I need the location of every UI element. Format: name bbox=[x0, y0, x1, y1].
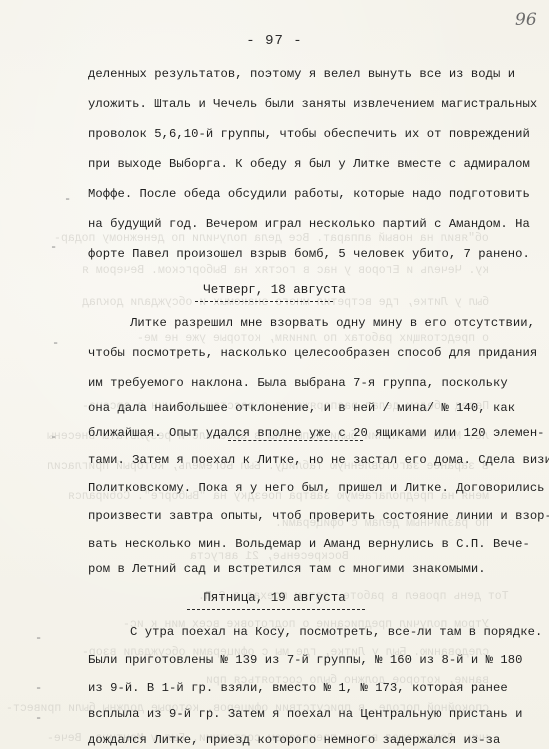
text-line: форте Павел произошел взрыв бомб, 5 чело… bbox=[88, 247, 530, 261]
text-line: на будущий год. Вечером играл несколько … bbox=[88, 217, 530, 231]
text-line: Политковскому. Пока я у него был, пришел… bbox=[88, 481, 545, 495]
text-line: из 9-й. В 1-й гр. взяли, вместо № 1, № 1… bbox=[88, 681, 508, 695]
text-line: Литке разрешил мне взорвать одну мину в … bbox=[130, 316, 535, 330]
margin-dash: - bbox=[64, 192, 71, 206]
margin-dash: - bbox=[35, 681, 42, 695]
heading-underline bbox=[187, 609, 365, 610]
bleed-through-line: был у Литке, где встретил много знакомых… bbox=[82, 296, 489, 309]
text-line: им требуемого наклона. Была выбрана 7-я … bbox=[88, 376, 508, 390]
text-line: чтобы посмотреть, насколько целесообразе… bbox=[88, 346, 537, 360]
text-line: Моффе. После обеда обсудили работы, кото… bbox=[88, 187, 530, 201]
text-line: С утра поехал на Косу, посмотреть, все-л… bbox=[130, 625, 542, 639]
text-line: всплыла из 9-й гр. Затем я поехал на Цен… bbox=[88, 707, 522, 721]
text-line: ближайшая. Опыт удался вполне уже с 20 я… bbox=[88, 426, 545, 440]
text-line: деленных результатов, поэтому я велел вы… bbox=[88, 67, 515, 81]
bleed-through-line: об"явил на новый аппарат. Все дела получ… bbox=[54, 232, 489, 245]
text-line: она дала наибольшее отклонение, и в ней … bbox=[88, 401, 515, 415]
margin-dash: - bbox=[35, 711, 42, 725]
text-underline bbox=[228, 440, 363, 441]
text-line: дождался Литке, приезд которого немного … bbox=[88, 733, 500, 747]
text-line: Были приготовлены № 139 из 7-й группы, №… bbox=[88, 653, 522, 667]
text-line: проволок 5,6,10-й группы, чтобы обеспечи… bbox=[88, 127, 530, 141]
document-page: об"явил на новый аппарат. Все дела получ… bbox=[0, 0, 549, 749]
archive-folio-number: 96 bbox=[515, 10, 537, 30]
date-heading-thursday: Четверг, 18 августа bbox=[0, 283, 549, 297]
text-line: при выходе Выборга. К обеду я был у Литк… bbox=[88, 157, 530, 171]
text-line: произвести завтра опыты, чтоб проверить … bbox=[88, 509, 549, 523]
date-heading-friday: Пятница, 19 августа bbox=[0, 591, 549, 605]
text-line: ром в Летний сад и встретился там с мног… bbox=[88, 562, 486, 576]
heading-underline bbox=[195, 301, 333, 302]
margin-dash: - bbox=[50, 240, 57, 254]
page-number: - 97 - bbox=[0, 33, 549, 49]
text-line: уложить. Шталь и Чечель были заняты извл… bbox=[88, 97, 537, 111]
margin-dash: - bbox=[35, 631, 42, 645]
bleed-through-line: ку. Чечель и Егоров у нас в гостях на Вы… bbox=[82, 264, 489, 277]
text-line: тами. Затем я поехал к Литке, но не заст… bbox=[88, 453, 549, 467]
margin-dash: - bbox=[50, 430, 57, 444]
text-line: вать несколько мин. Вольдемар и Аманд ве… bbox=[88, 537, 530, 551]
margin-dash: - bbox=[52, 336, 59, 350]
bleed-through-line: о предстоящих работах по линиям, которые… bbox=[137, 332, 489, 345]
